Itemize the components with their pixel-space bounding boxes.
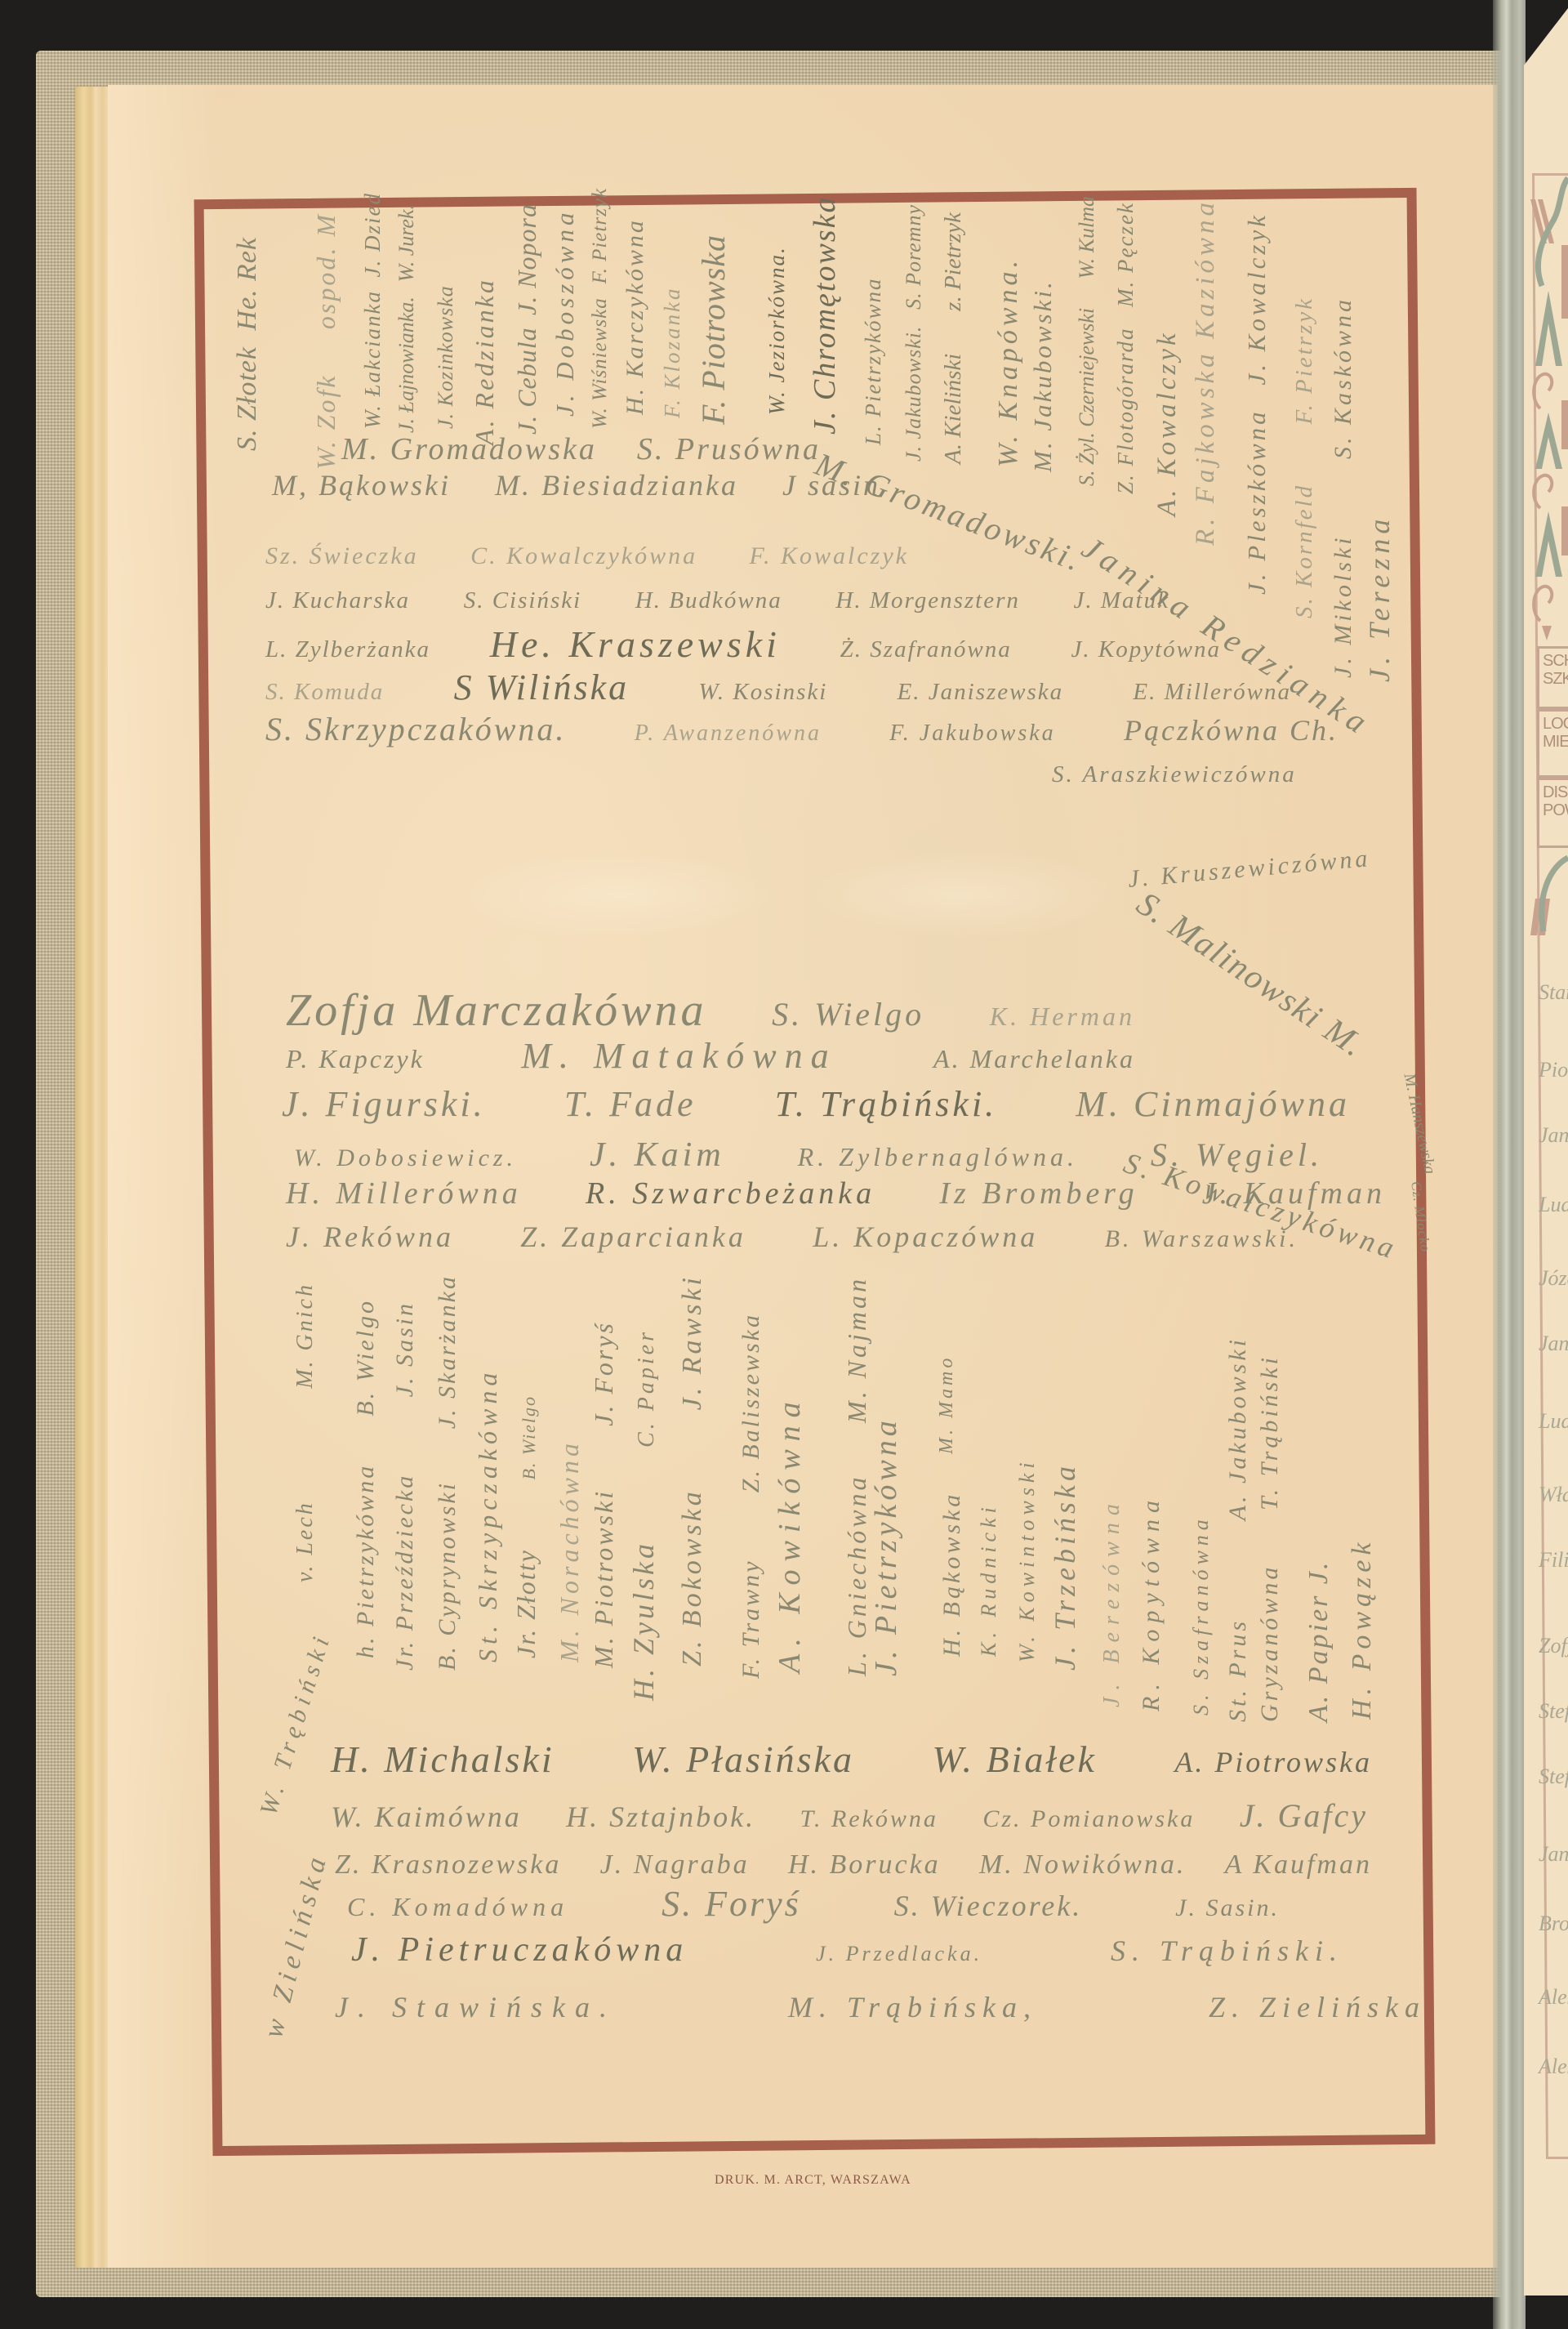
signature: S. Trąbiński. (1111, 1936, 1343, 1965)
signature: J. Doboszówna (550, 209, 580, 417)
signature-column: A. Kowikówna (772, 1372, 809, 1673)
signature: M. Nowikówna. (979, 1851, 1186, 1879)
signature: Jr. Złotty (510, 1549, 541, 1658)
signature: H. Zyulska (626, 1541, 661, 1701)
signature: M. Norachówna (554, 1439, 585, 1662)
signature: J. Dzied (359, 192, 385, 277)
signature: J. Gafcy (1240, 1800, 1368, 1832)
signature-column: J. Berezówna (1098, 1438, 1126, 1707)
signature-row: J. PietruczakównaJ. Przedlacka.S. Trąbiń… (351, 1933, 1343, 1967)
signature: M. Matakówna (521, 1038, 836, 1074)
signature-row: J. RekównaZ. ZaparciankaL. KopaczównaB. … (286, 1222, 1298, 1252)
signature-column: S. ZłotekHe. Rek (231, 237, 265, 451)
signature: M. Mamo (935, 1355, 959, 1454)
district-label: DISTRIPOWIA (1537, 778, 1568, 848)
signature: A. Kowikówna (772, 1394, 809, 1673)
signature-column: M. Mamo (935, 1315, 959, 1454)
signature: J. Rekówna (286, 1222, 454, 1252)
signature: J. Terezna (1362, 515, 1397, 682)
signature-column: Z. FlotogórardaM. Pęczek (1112, 202, 1138, 494)
signature: Z. Krasnozewska (335, 1851, 561, 1879)
signature: He. Kraszewski (490, 626, 781, 663)
signature: J. Nopora (511, 203, 542, 315)
school-label: SCHOOLSZKOŁA (1537, 646, 1568, 709)
signature: R. Kopytówna (1137, 1494, 1166, 1711)
signature-column: M. PiotrowskiJ. Foryś (588, 1321, 619, 1668)
adjacent-page-name: Stefa (1539, 1765, 1568, 1789)
signature-column: J. Terezna (1362, 466, 1397, 682)
signature: S. Prusówna (637, 434, 821, 465)
signature: J. Stawińska. (335, 1992, 617, 2022)
signature-column: H. ZyulskaC. Papier (626, 1329, 661, 1701)
signature: Gryzanówna (1255, 1564, 1285, 1722)
signature: S. Wieczorek. (894, 1891, 1083, 1921)
signature: F. Pietrzyk (1290, 297, 1319, 425)
signature: St. Prus (1223, 1618, 1253, 1722)
signature-column: W. ŁakciankaJ. Dzied (359, 192, 385, 429)
signature: W. Wiśniewska (588, 297, 612, 429)
signature: J. Cebula (511, 327, 542, 435)
signature-column: W. Kowintowski (1014, 1394, 1040, 1662)
adjacent-page-name: Józef (1539, 1266, 1568, 1291)
adjacent-page-name: Bro (1539, 1912, 1568, 1936)
signature: M. Jakubowski. (1027, 279, 1058, 472)
signature-column: W. Zofkospod. M (310, 212, 341, 470)
signature-column: A. Redzianka (469, 253, 500, 445)
signature: J. Sasin. (1175, 1896, 1280, 1921)
signature-column: J. Łajnowianka.W. Jurek. (394, 204, 419, 433)
label-en: SCHOOL (1543, 652, 1568, 670)
signature: H. Michalski (331, 1741, 555, 1778)
page-edges (75, 87, 109, 2268)
adjacent-page-name: Filip (1539, 1548, 1568, 1573)
signature-row: S. Araszkiewiczówna (1052, 763, 1343, 787)
signature: J. Przedlacka. (816, 1943, 982, 1965)
signature: S. Złotek (231, 346, 265, 451)
signature: B. Wielgo (519, 1395, 540, 1480)
signature: A. Piotrowska (1174, 1747, 1372, 1777)
signature: St. Skrzypczakówna (472, 1368, 503, 1662)
adjacent-page-frame-bottom (1546, 2157, 1568, 2159)
signature: Cz. Pomianowska (982, 1807, 1195, 1832)
signature: H. Morgensztern (835, 589, 1019, 613)
signature: h. Pietrzykówna (351, 1464, 381, 1658)
signature-column: J. MikolskiS. Kaskówna (1329, 297, 1358, 678)
label-en: LOCALI (1543, 715, 1568, 733)
signature: L. Zylberżanka (265, 638, 430, 662)
signature-column: H. Bąkowska (938, 1465, 967, 1657)
adjacent-page-name: Władys (1539, 1483, 1568, 1507)
signature-row: Sz. ŚwieczkaC. KowalczykównaF. Kowalczyk (265, 544, 909, 569)
signature: A. Marchelanka (933, 1046, 1135, 1072)
adjacent-page-name: Jan (1539, 1842, 1568, 1867)
signature: C. Komadówna (347, 1894, 568, 1920)
signature: K. Herman (990, 1003, 1135, 1029)
signature: J. Sasin (390, 1301, 420, 1397)
signature: P. Kapczyk (286, 1046, 425, 1072)
signature: H. Bąkowska (938, 1492, 967, 1657)
signature: J. Rawski (676, 1274, 710, 1410)
signature: M, Bąkowski (272, 471, 451, 500)
signature: Jr. Przeździecka (390, 1474, 420, 1671)
signature: J. Kaufman (1202, 1178, 1386, 1209)
adjacent-page-name: Zofja (1539, 1634, 1568, 1658)
signature-column: K. Rudnicki (976, 1438, 1001, 1657)
signature: F. Pietrzyk (588, 188, 612, 283)
signature: M. Gnich (292, 1283, 319, 1389)
adjacent-page-name: Ludw (1539, 1409, 1568, 1434)
signature: L. Kopaczówna (813, 1222, 1038, 1252)
signature-column: S. Żyl. CzerniejewskiW. Kulma (1074, 196, 1099, 486)
signature: T. Fade (564, 1086, 697, 1122)
signature: B. Cyprynowski (433, 1481, 462, 1671)
label-pl: POWIA (1543, 801, 1568, 819)
signature: W. Jeziorkówna. (764, 246, 790, 415)
signature: R. Szwarcbeżanka (586, 1178, 875, 1209)
signature-row: J. Stawińska.M. Trąbińska,Z. Zielińska (335, 1992, 1426, 2022)
signature: A Kaufman (1225, 1851, 1372, 1879)
signature-row: J. KucharskaS. CisińskiH. BudkównaH. Mor… (265, 589, 1169, 613)
signature: J. Nagraba (600, 1851, 750, 1879)
signature: S. Żyl. Czerniejewski (1074, 308, 1099, 486)
signature-column: Jr. ZłottyB. Wielgo (510, 1395, 541, 1658)
signature-column: S. Szafranówna (1188, 1441, 1214, 1716)
signature: Pączkówna Ch. (1124, 716, 1339, 745)
signature: J. Chromętowska (807, 196, 844, 435)
signature-column: M. Jakubowski. (1027, 263, 1058, 472)
signature: J. Trzebińska (1048, 1462, 1083, 1671)
signature: S. Szafranówna (1188, 1515, 1214, 1716)
signature: L. Pietrzykówna (860, 278, 886, 446)
signature: S Wilińska (454, 670, 630, 706)
signature-row: M. GromadowskaS. Prusówna (341, 434, 821, 465)
signature-column: F. Klozanka (659, 263, 685, 418)
signature: A. Redzianka (469, 278, 500, 445)
signature-row: Z. KrasnozewskaJ. NagrabaH. BoruckaM. No… (335, 1851, 1372, 1879)
signature-column: W. Knapówna. (992, 251, 1026, 467)
signature: v. Lech (292, 1501, 319, 1582)
signature: S. Cisiński (464, 589, 581, 613)
signature: Kaziówna (1190, 199, 1223, 339)
adjacent-page-name: Stefan (1539, 1699, 1568, 1724)
signature-column: F. Piotrowska (694, 219, 733, 425)
signature-row: H. MichalskiW. PłasińskaW. BiałekA. Piot… (331, 1741, 1372, 1778)
signature: B. Wielgo (351, 1299, 381, 1417)
signature: H. Sztajnbok. (566, 1802, 755, 1832)
signature: C. Kowalczykówna (470, 544, 697, 569)
signature: E. Janiszewska (898, 680, 1064, 704)
signature: J. Łajnowianka. (394, 297, 419, 433)
signature-column: J. Jakubowski.S. Poremny (901, 204, 926, 462)
signature-row: Zofja MarczakównaS. WielgoK. Herman (286, 988, 1135, 1033)
signature: S. Kornfeld (1290, 484, 1319, 618)
signature: S. Kaskówna (1329, 297, 1358, 459)
signature: T. Trąbiński (1255, 1354, 1285, 1510)
signature: S. Foryś (661, 1886, 801, 1922)
signature: P. Awanzenówna (635, 722, 822, 745)
signature-column: A. Kielińskiz. Pietrzyk (939, 212, 968, 464)
signature: J. Kozinkowska (433, 285, 458, 429)
signature: H. Karczykówna (621, 218, 650, 415)
signature: M. Pęczek (1112, 202, 1138, 307)
signature: J. Jakubowski. (901, 326, 926, 462)
signature-column: F. TrawnyZ. Baliszewska (737, 1313, 766, 1679)
adjacent-page-name: Jan (1539, 1332, 1568, 1356)
adjacent-page-name: Stanisła (1539, 980, 1568, 1005)
signature: S. Komuda (265, 680, 384, 704)
signature: J. Pietrzykówna (868, 1417, 906, 1676)
signature-column: Jr. PrzeździeckaJ. Sasin (390, 1301, 420, 1671)
signature: T. Rekówna (800, 1807, 938, 1832)
signature: H. Borucka (788, 1851, 941, 1879)
locality-label: LOCALIMIEJSC (1537, 709, 1568, 778)
signature-column: Z. BokowskaJ. Rawski (676, 1274, 710, 1666)
signature: W. Jurek. (394, 204, 419, 283)
signature: Z. Flotogórarda (1112, 327, 1138, 494)
signature: J. Mikolski (1329, 534, 1358, 678)
signature: W. Kulma (1074, 196, 1099, 279)
signature: W. Zofk (310, 373, 341, 470)
signature-column: J. CebulaJ. Nopora (511, 203, 542, 435)
signature-column: J. PleszkównaJ. Kowalczyk (1241, 212, 1272, 595)
signature: F. Klozanka (659, 286, 685, 418)
signature-column: J. Kozinkowska (433, 265, 458, 429)
signature-column: St. PrusA. Jakubowski (1223, 1336, 1253, 1722)
signature: F. Jakubowska (889, 722, 1055, 745)
adjacent-page-name: Jan Mi (1539, 1123, 1568, 1148)
adjacent-page-name: Piotr (1539, 1058, 1568, 1082)
signature: J. Kowalczyk (1241, 212, 1272, 386)
signature: S. Węgiel. (1151, 1139, 1323, 1171)
signature: K. Rudnicki (976, 1502, 1001, 1657)
signature: Z. Bokowska (676, 1488, 710, 1666)
signature-column: h. PietrzykównaB. Wielgo (351, 1299, 381, 1658)
signature: W. Knapówna. (992, 257, 1026, 467)
signature: F. Trawny (737, 1559, 766, 1680)
signature: z. Pietrzyk (939, 212, 968, 311)
signature: J. Pietruczakówna (351, 1933, 688, 1967)
signature-column: GryzanównaT. Trąbiński (1255, 1354, 1285, 1722)
signature: J. Kopytówna (1071, 638, 1222, 662)
adjacent-page-name: Alek (1539, 2055, 1568, 2079)
signature: M. Piotrowski (588, 1489, 619, 1668)
signature: A. Kieliński (939, 354, 968, 464)
signature: J. Skarżanka (433, 1274, 462, 1429)
signature-row: W. KaimównaH. Sztajnbok.T. RekównaCz. Po… (331, 1800, 1368, 1832)
signature: W. Dobosiewicz. (294, 1146, 517, 1171)
signature: J. Foryś (588, 1321, 619, 1426)
signature-column: St. Skrzypczakówna (472, 1321, 503, 1662)
signature: M. Cinmajówna (1076, 1086, 1350, 1122)
signature: He. Rek (231, 237, 265, 331)
signature: A. Kowalczyk (1151, 330, 1184, 516)
signature: S. Araszkiewiczówna (1052, 763, 1297, 787)
signature: W. Kosinski (698, 680, 827, 704)
signature: J. Berezówna (1098, 1497, 1126, 1707)
adjacent-page-name: Alek (1539, 1985, 1568, 2010)
signature: R. Fajkowska (1190, 350, 1223, 546)
signature-row: J. Figurski.T. FadeT. Trąbiński.M. Cinma… (282, 1086, 1350, 1122)
signature: J. Kaim (590, 1138, 725, 1172)
signature: H. Millerówna (286, 1178, 522, 1209)
signature-row: W. Dobosiewicz.J. KaimR. Zylbernaglówna.… (294, 1138, 1323, 1172)
signature: M. Trąbińska, (788, 1992, 1037, 2022)
signature-column: W. Jeziorkówna. (764, 242, 790, 415)
signature-column: M. Norachówna (554, 1403, 585, 1662)
signature: J. Figurski. (282, 1086, 486, 1122)
signature-column: A. Papier J. (1303, 1530, 1336, 1722)
signature: Z. Zaparcianka (520, 1222, 746, 1252)
signature-column: L. Pietrzykówna (860, 267, 886, 445)
label-pl: SZKOŁA (1543, 670, 1568, 688)
signature: A. Papier J. (1303, 1560, 1336, 1722)
signature-row: M, BąkowskiM. BiesiadziankaJ sasin (272, 471, 880, 500)
signature: F. Kowalczyk (750, 544, 909, 569)
signature: H. Powązek (1346, 1538, 1379, 1720)
signature: J. Kucharska (265, 589, 410, 613)
signature: W. Białek (932, 1741, 1097, 1778)
signature-column: W. WiśniewskaF. Pietrzyk (588, 188, 612, 429)
signature-column: H. Powązek (1346, 1511, 1379, 1720)
signature-column: H. Karczykówna (621, 204, 650, 415)
signature-column: J. Trzebińska (1048, 1411, 1083, 1671)
signature: H. Budkówna (635, 589, 782, 613)
plastic-sleeve-edge (1493, 0, 1526, 2329)
signature-column: J. Chromętowska (807, 196, 844, 435)
label-en: DISTRI (1543, 783, 1568, 801)
signature: Z. Baliszewska (737, 1313, 766, 1492)
signature: W. Łakcianka (359, 290, 385, 429)
signature-column: v. LechM. Gnich (292, 1283, 319, 1582)
scanned-page-canvas: S. ZłotekHe. Rek W. Zofkospod. M W. Łakc… (0, 0, 1568, 2329)
signature: R. Zylbernaglówna. (798, 1144, 1078, 1170)
signature: Sz. Świeczka (265, 544, 419, 569)
signature: Zofja Marczakówna (286, 988, 706, 1033)
printer-imprint: DRUK. M. ARCT, WARSZAWA (715, 2173, 911, 2188)
signature-column: R. FajkowskaKaziówna (1190, 199, 1223, 546)
signature: Iz Bromberg (939, 1178, 1138, 1209)
signature-column: S. KornfeldF. Pietrzyk (1290, 297, 1319, 618)
signature: S. Poremny (901, 204, 926, 310)
signature-column: B. CyprynowskiJ. Skarżanka (433, 1274, 462, 1671)
signature: Ż. Szafranówna (840, 638, 1012, 662)
signature: S. Skrzypczakówna. (265, 713, 566, 746)
signature-row: L. ZylberżankaHe. KraszewskiŻ. Szafranów… (265, 626, 1221, 663)
signature-row: P. KapczykM. MatakównaA. Marchelanka (286, 1038, 1135, 1074)
signature-column: J. Pietrzykówna (868, 1368, 906, 1676)
signature: W. Płasińska (632, 1741, 854, 1778)
signature-column: R. Kopytówna (1137, 1438, 1166, 1711)
signature-row: S. KomudaS WilińskaW. KosinskiE. Janisze… (265, 670, 1291, 706)
signature: F. Piotrowska (694, 234, 733, 425)
signature-row: H. MillerównaR. SzwarcbeżankaIz Bromberg… (286, 1178, 1386, 1209)
signature: B. Warszawski. (1105, 1227, 1298, 1252)
signature: J. Pleszkówna (1241, 408, 1272, 595)
signature: ospod. M (310, 212, 341, 329)
label-pl: MIEJSC (1543, 733, 1568, 751)
signature: M. Biesiadzianka (495, 471, 738, 500)
signature-column: A. Kowalczyk (1151, 319, 1184, 516)
signature: Z. Zielińska (1209, 1992, 1426, 2022)
signature: T. Trąbiński. (775, 1086, 997, 1122)
signature-column: J. Doboszówna (550, 204, 580, 417)
signature: W. Kowintowski (1014, 1457, 1040, 1662)
signature: A. Jakubowski (1223, 1336, 1253, 1520)
signature: C. Papier (633, 1329, 661, 1448)
signature: S. Wielgo (772, 998, 924, 1031)
signature: M. Gromadowska (341, 434, 597, 465)
adjacent-page-name: Ludwi (1539, 1193, 1568, 1217)
signature: W. Kaimówna (331, 1802, 522, 1832)
signature-row: S. Skrzypczakówna.P. AwanzenównaF. Jakub… (265, 713, 1339, 746)
signature-row: C. KomadównaS. ForyśS. Wieczorek.J. Sasi… (347, 1886, 1280, 1922)
